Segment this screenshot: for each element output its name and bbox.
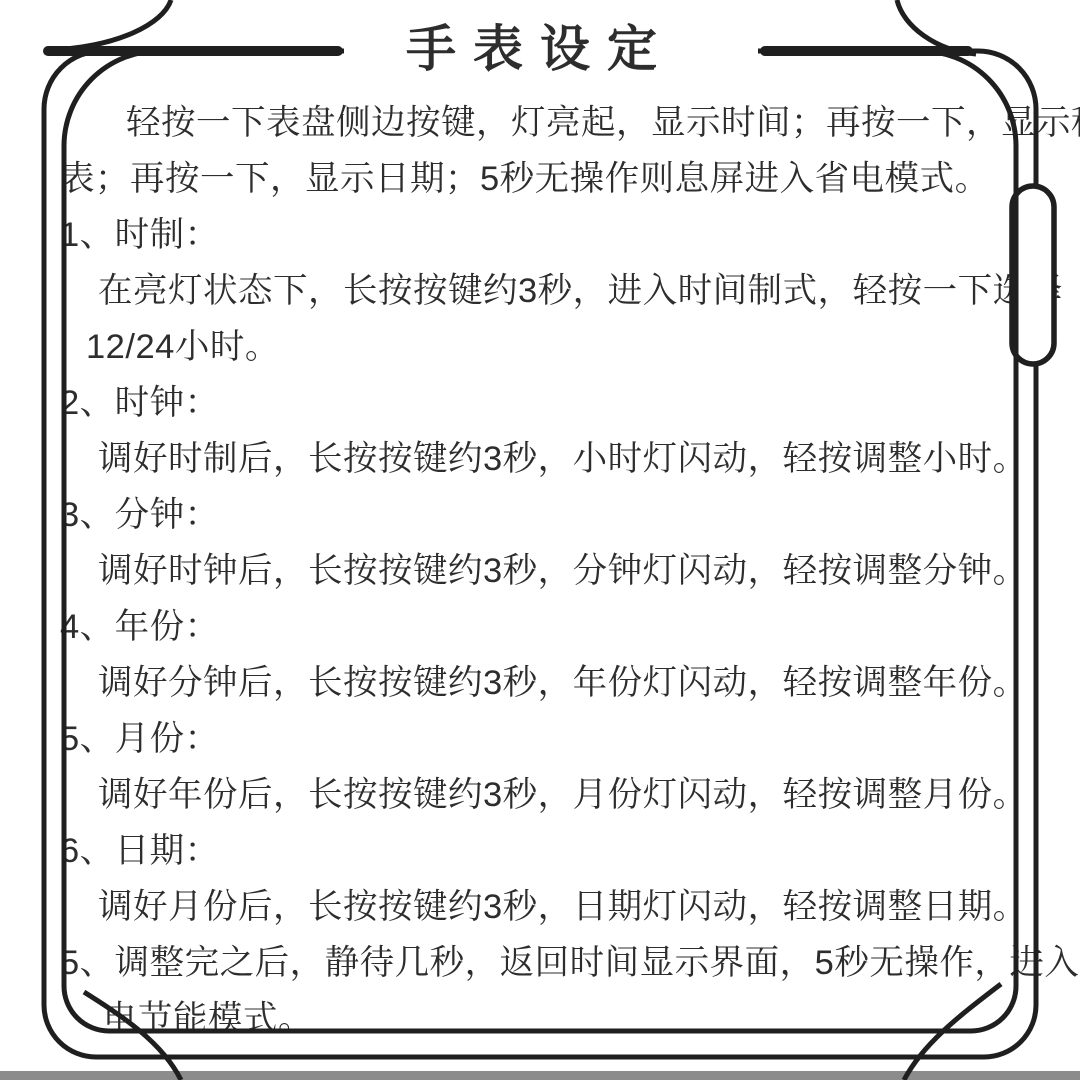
instruction-text: 轻按一下表盘侧边按键，灯亮起，显示时间；再按一下，显示秒表；再按一下，显示日期；…: [60, 95, 1045, 1047]
text-line: 5、调整完之后，静待几秒，返回时间显示界面，5秒无操作，进入省: [60, 935, 1045, 991]
text-line: 12/24小时。: [60, 319, 1045, 375]
page-title: 手表设定: [0, 16, 1080, 82]
text-line: 表；再按一下，显示日期；5秒无操作则息屏进入省电模式。: [60, 151, 1045, 207]
text-line: 调好月份后，长按按键约3秒，日期灯闪动，轻按调整日期。: [60, 879, 1045, 935]
text-line: 轻按一下表盘侧边按键，灯亮起，显示时间；再按一下，显示秒: [60, 95, 1045, 151]
text-line: 调好时钟后，长按按键约3秒，分钟灯闪动，轻按调整分钟。: [60, 543, 1045, 599]
strap-bottom-bar: [0, 1071, 1080, 1080]
text-line: 3、分钟：: [60, 487, 1045, 543]
manual-page: 轻按一下表盘侧边按键，灯亮起，显示时间；再按一下，显示秒表；再按一下，显示日期；…: [0, 0, 1080, 1080]
text-line: 调好年份后，长按按键约3秒，月份灯闪动，轻按调整月份。: [60, 767, 1045, 823]
text-line: 在亮灯状态下，长按按键约3秒，进入时间制式，轻按一下选择: [60, 263, 1045, 319]
text-line: 2、时钟：: [60, 375, 1045, 431]
text-line: 调好时制后，长按按键约3秒，小时灯闪动，轻按调整小时。: [60, 431, 1045, 487]
text-line: 调好分钟后，长按按键约3秒，年份灯闪动，轻按调整年份。: [60, 655, 1045, 711]
text-line: 4、年份：: [60, 599, 1045, 655]
text-line: 5、月份：: [60, 711, 1045, 767]
text-line: 6、日期：: [60, 823, 1045, 879]
text-line: 电节能模式。: [60, 991, 1045, 1047]
text-line: 1、时制：: [60, 207, 1045, 263]
